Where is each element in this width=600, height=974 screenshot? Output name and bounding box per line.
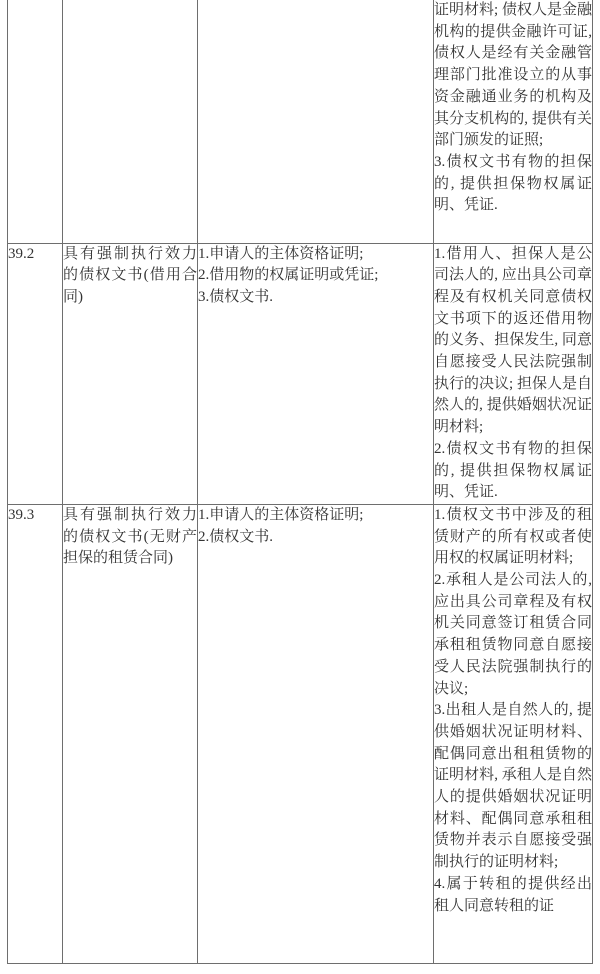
cell-notes-truncated: 1.债权文书中涉及的租赁财产的所有权或者使用权的权属证明材料; 2.承租人是公司…	[434, 504, 593, 963]
document-page: 证明材料; 债权人是金融机构的提供金融许可证, 债权人是经有关金融管理部门批准设…	[0, 0, 600, 974]
cell-item-number: 39.3	[8, 504, 63, 963]
cell-item-name: 具有强制执行效力的债权文书(借用合同)	[63, 243, 198, 504]
cell-notes: 1.借用人、担保人是公司法人的, 应出具公司章程及有权机关同意债权文书项下的返还…	[434, 243, 593, 504]
cell-item-name: 具有强制执行效力的债权文书(无财产担保的租赁合同)	[63, 504, 198, 963]
cell-materials: 1.申请人的主体资格证明; 2.债权文书.	[198, 504, 434, 963]
notarization-requirements-table: 证明材料; 债权人是金融机构的提供金融许可证, 债权人是经有关金融管理部门批准设…	[7, 0, 593, 964]
cell-item-number	[8, 0, 63, 243]
cell-materials	[198, 0, 434, 243]
cell-item-number: 39.2	[8, 243, 63, 504]
cell-notes-continued: 证明材料; 债权人是金融机构的提供金融许可证, 债权人是经有关金融管理部门批准设…	[434, 0, 593, 243]
table-row-39-3: 39.3 具有强制执行效力的债权文书(无财产担保的租赁合同) 1.申请人的主体资…	[8, 504, 593, 963]
cell-item-name	[63, 0, 198, 243]
cell-materials: 1.申请人的主体资格证明; 2.借用物的权属证明或凭证; 3.债权文书.	[198, 243, 434, 504]
table-row-continued: 证明材料; 债权人是金融机构的提供金融许可证, 债权人是经有关金融管理部门批准设…	[8, 0, 593, 243]
table-row-39-2: 39.2 具有强制执行效力的债权文书(借用合同) 1.申请人的主体资格证明; 2…	[8, 243, 593, 504]
